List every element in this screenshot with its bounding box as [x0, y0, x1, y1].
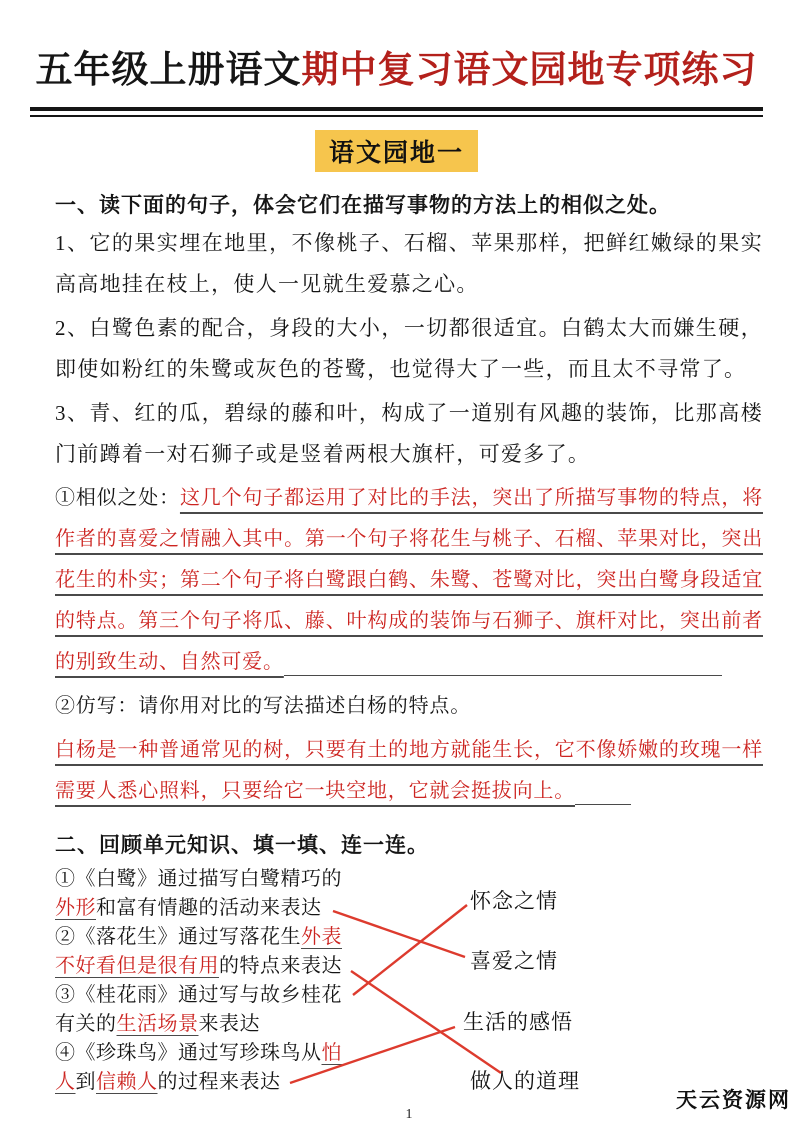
match-option-life-insight: 生活的感悟 — [463, 1006, 573, 1036]
q1-label: ①相似之处： — [55, 487, 180, 509]
match-option-nostalgia: 怀念之情 — [470, 885, 558, 915]
match-option-life-principle: 做人的道理 — [470, 1065, 580, 1095]
matching-exercise: ①《白鹭》通过描写白鹭精巧的 外形和富有情趣的活动来表达 ②《落花生》通过写落花… — [55, 865, 763, 1097]
title-divider — [30, 107, 763, 117]
sentence-2: 2、白鹭色素的配合，身段的大小，一切都很适宜。白鹤太大而嫌生硬，即使如粉红的朱鹭… — [55, 308, 763, 390]
match-item-1-line-2: 外形和富有情趣的活动来表达 — [55, 894, 763, 923]
answer-underline-fill — [575, 802, 631, 805]
unit-badge-row: 语文园地一 — [30, 130, 763, 172]
sentence-3: 3、青、红的瓜，碧绿的藤和叶，构成了一道别有风趣的装饰，比那高楼门前蹲着一对石狮… — [55, 393, 763, 475]
match-item-4-line-1: ④《珍珠鸟》通过写珍珠鸟从怕 — [55, 1039, 763, 1068]
worksheet-content: 一、读下面的句子，体会它们在描写事物的方法上的相似之处。 1、它的果实埋在地里，… — [55, 189, 763, 1122]
title-black-part: 五年级上册语文 — [36, 49, 302, 90]
section-one-heading: 一、读下面的句子，体会它们在描写事物的方法上的相似之处。 — [55, 189, 763, 219]
worksheet-page: { "title": { "black_part": "五年级上册语文", "r… — [0, 0, 793, 1122]
q2-label: ②仿写：请你用对比的写法描述白杨的特点。 — [55, 695, 471, 717]
match-item-2-line-1: ②《落花生》通过写落花生外表 — [55, 923, 763, 952]
q1-row: ①相似之处：这几个句子都运用了对比的手法，突出了所描写事物的特点，将作者的喜爱之… — [55, 478, 763, 683]
match-item-3-line-1: ③《桂花雨》通过写与故乡桂花 — [55, 981, 763, 1010]
match-item-2-line-2: 不好看但是很有用的特点来表达 — [55, 952, 763, 981]
match-item-4-line-2: 人到信赖人的过程来表达 — [55, 1068, 763, 1097]
sentence-1: 1、它的果实埋在地里，不像桃子、石榴、苹果那样，把鲜红嫩绿的果实高高地挂在枝上，… — [55, 223, 763, 305]
section-two-heading: 二、回顾单元知识、填一填、连一连。 — [55, 829, 763, 859]
title-red-part: 期中复习语文园地专项练习 — [302, 49, 758, 90]
worksheet-title: 五年级上册语文期中复习语文园地专项练习 — [30, 46, 763, 94]
q2-answer: 白杨是一种普通常见的树，只要有土的地方就能生长，它不像娇嫩的玫瑰一样需要人悉心照… — [55, 739, 763, 802]
unit-badge: 语文园地一 — [315, 130, 478, 172]
match-item-3-line-2: 有关的生活场景来表达 — [55, 1010, 763, 1039]
match-item-1-line-1: ①《白鹭》通过描写白鹭精巧的 — [55, 865, 763, 894]
page-number: 1 — [55, 1107, 763, 1122]
watermark: 天云资源网 — [676, 1084, 791, 1114]
q2-label-row: ②仿写：请你用对比的写法描述白杨的特点。 — [55, 686, 763, 727]
match-option-affection: 喜爱之情 — [470, 945, 558, 975]
answer-underline-fill — [284, 673, 722, 676]
q1-answer: 这几个句子都运用了对比的手法，突出了所描写事物的特点，将作者的喜爱之情融入其中。… — [55, 487, 763, 673]
q2-answer-row: 白杨是一种普通常见的树，只要有土的地方就能生长，它不像娇嫩的玫瑰一样需要人悉心照… — [55, 730, 763, 812]
